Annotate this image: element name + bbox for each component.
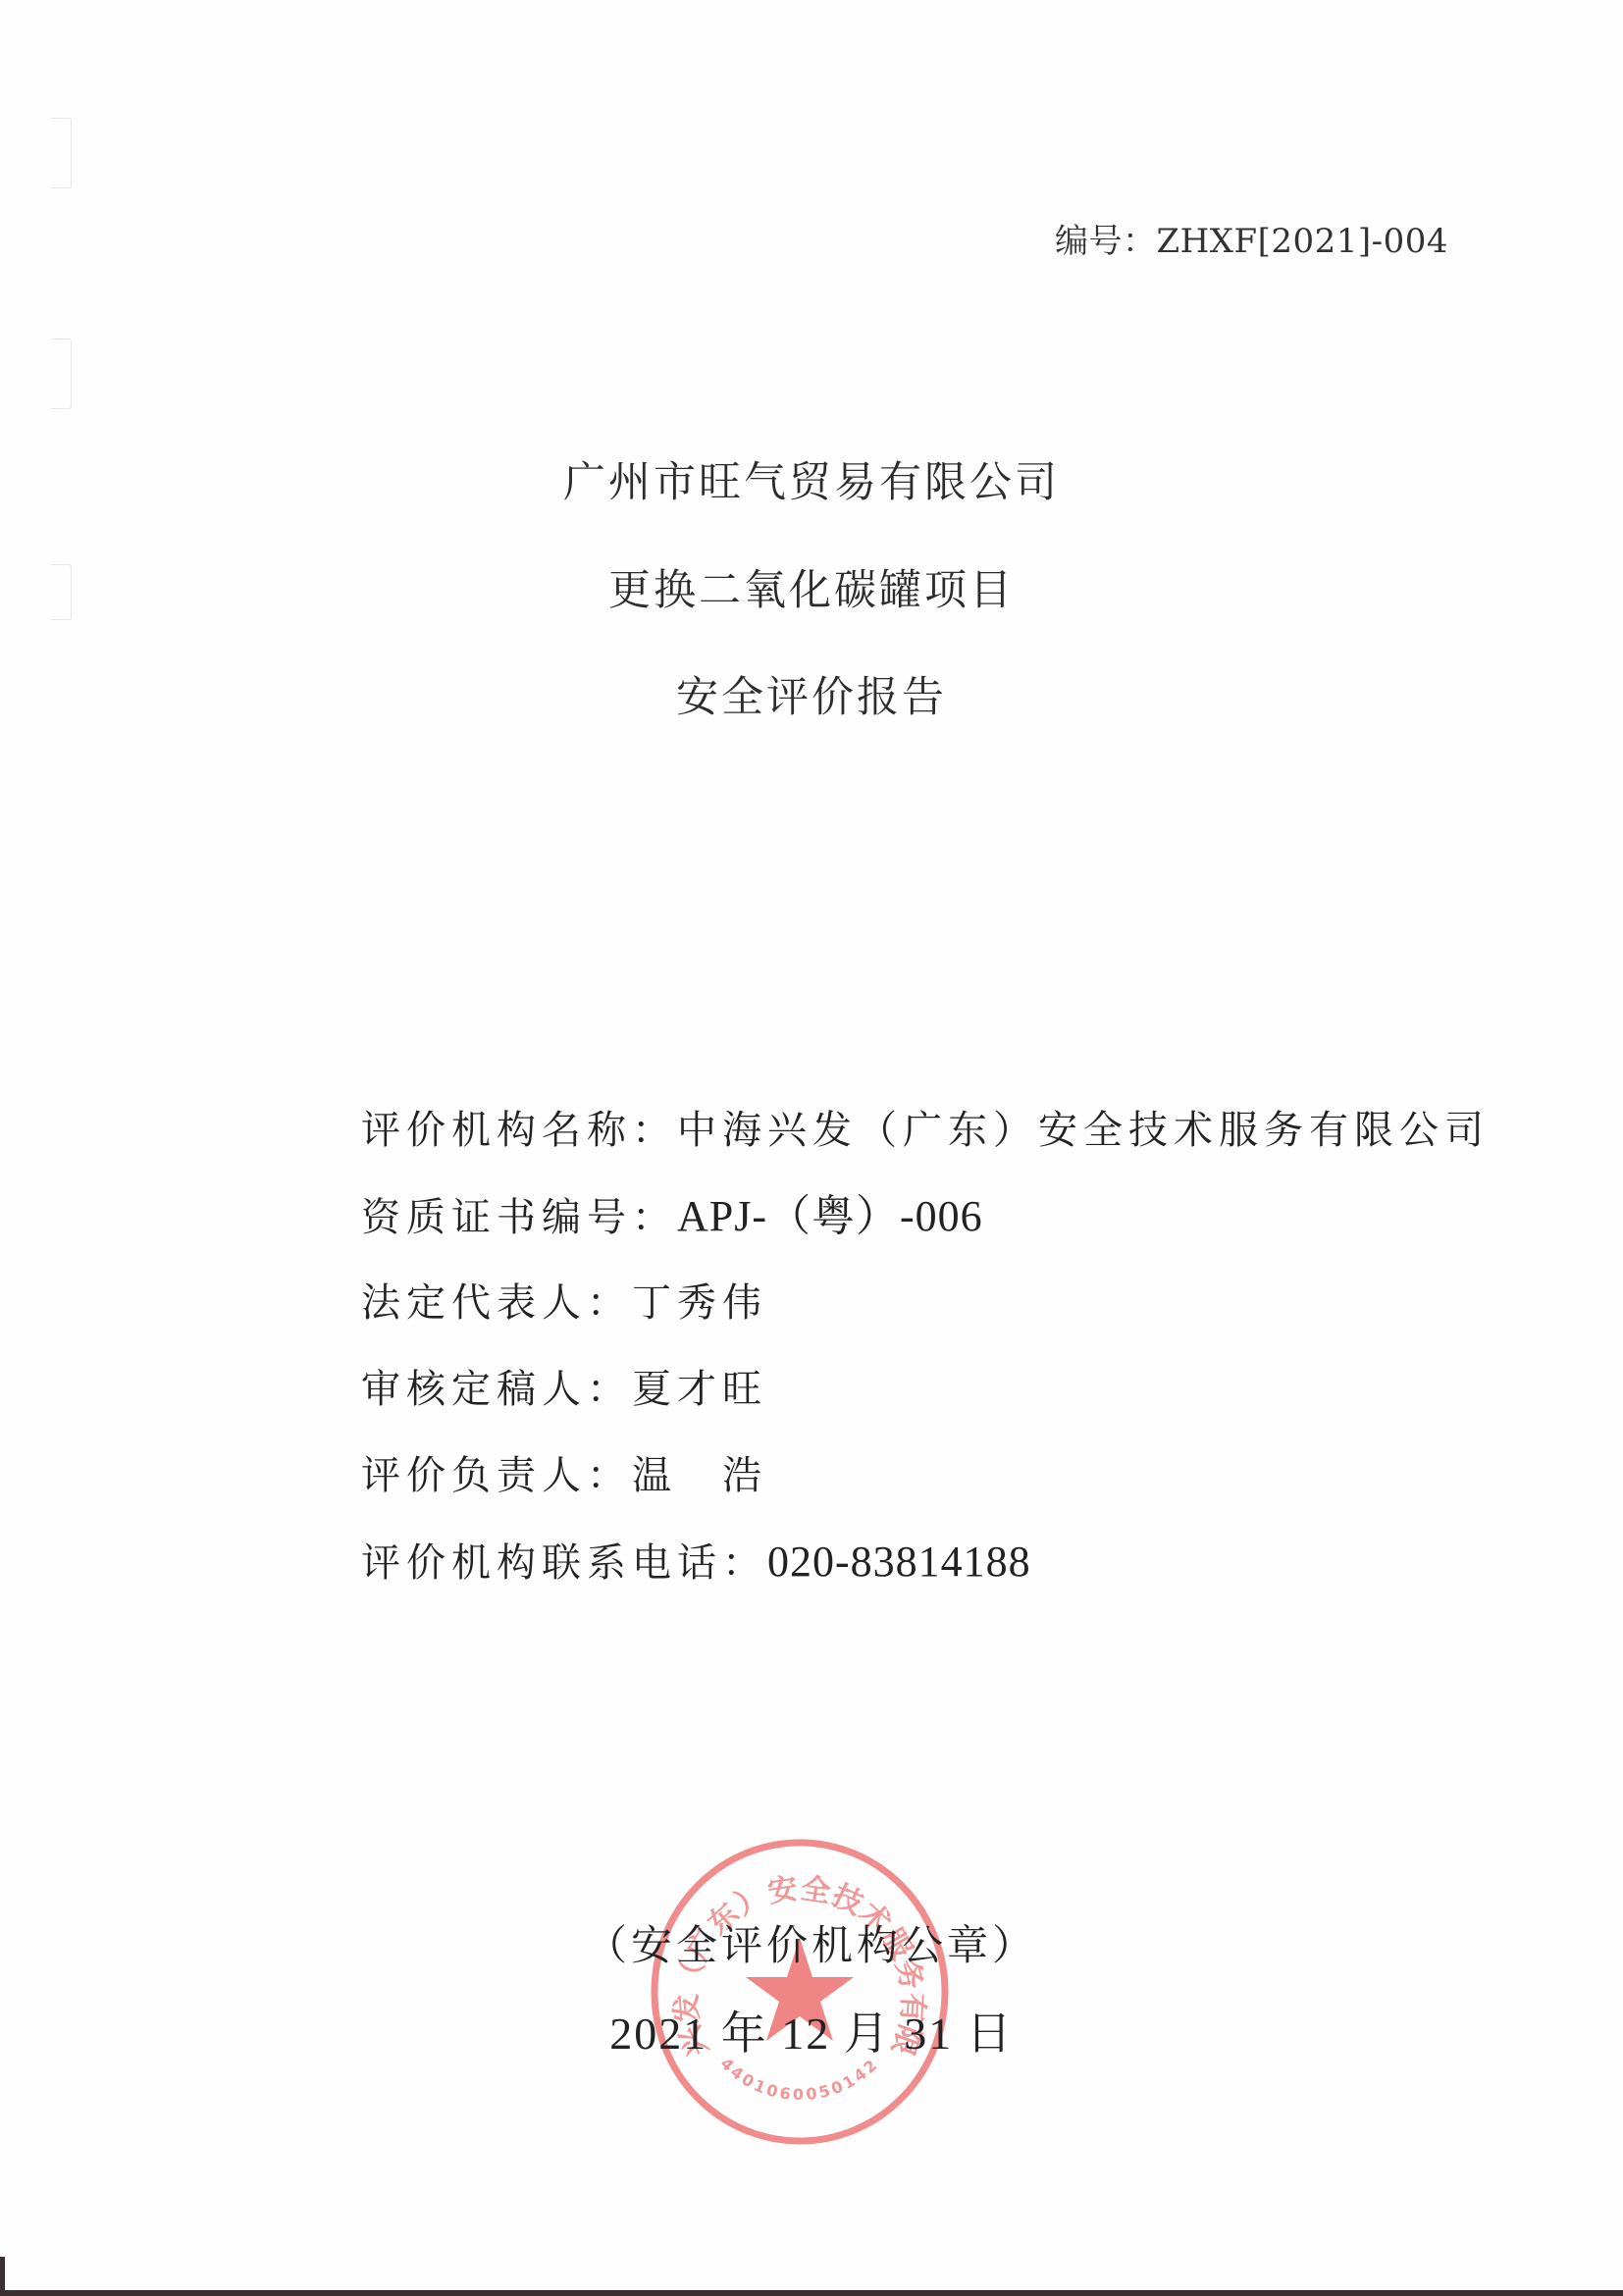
seal-caption: （安全评价机构公章） (0, 1913, 1623, 1972)
scan-bottom-edge (0, 2290, 1623, 2296)
info-value: 夏才旺 (632, 1367, 767, 1412)
info-value: 020-83814188 (767, 1538, 1031, 1586)
scan-binding-mark (51, 339, 72, 409)
info-label: 法定代表人： (361, 1280, 632, 1326)
info-value: 中海兴发（广东）安全技术服务有限公司 (677, 1108, 1490, 1153)
title-company: 广州市旺气贸易有限公司 (0, 449, 1623, 509)
document-number-value: ZHXF[2021]-004 (1157, 222, 1449, 261)
scan-binding-mark (51, 118, 72, 188)
info-label: 资质证书编号： (361, 1195, 677, 1240)
info-label: 评价机构联系电话： (361, 1540, 767, 1586)
title-report: 安全评价报告 (0, 664, 1623, 724)
official-seal-stamp: 中海兴发（广东）安全技术服务有限公司 4401060050142 (648, 1835, 952, 2149)
document-number-label: 编号： (1055, 222, 1157, 261)
title-project: 更换二氧化碳罐项目 (0, 557, 1623, 617)
document-number: 编号：ZHXF[2021]-004 (1055, 214, 1448, 262)
info-label: 审核定稿人： (361, 1367, 632, 1412)
info-row-lead-evaluator: 评价负责人：温 浩 (361, 1446, 1490, 1533)
info-value: APJ-（粤）-006 (677, 1192, 983, 1240)
info-row-phone: 评价机构联系电话：020-83814188 (361, 1533, 1490, 1619)
info-label: 评价负责人： (361, 1453, 632, 1498)
info-label: 评价机构名称： (361, 1108, 677, 1153)
seal-icon: 中海兴发（广东）安全技术服务有限公司 4401060050142 (648, 1835, 952, 2149)
scan-left-edge (0, 2257, 5, 2296)
info-value: 温 浩 (632, 1453, 767, 1498)
document-page: 编号：ZHXF[2021]-004 广州市旺气贸易有限公司 更换二氧化碳罐项目 … (0, 0, 1623, 2296)
info-row-legal-rep: 法定代表人：丁秀伟 (361, 1274, 1490, 1360)
report-date: 2021 年 12 月 31 日 (0, 1998, 1623, 2062)
info-row-reviewer: 审核定稿人：夏才旺 (361, 1360, 1490, 1446)
info-row-agency: 评价机构名称：中海兴发（广东）安全技术服务有限公司 (361, 1101, 1490, 1187)
evaluation-info: 评价机构名称：中海兴发（广东）安全技术服务有限公司 资质证书编号：APJ-（粤）… (361, 1101, 1490, 1619)
info-row-certificate: 资质证书编号：APJ-（粤）-006 (361, 1187, 1490, 1274)
info-value: 丁秀伟 (632, 1280, 767, 1326)
